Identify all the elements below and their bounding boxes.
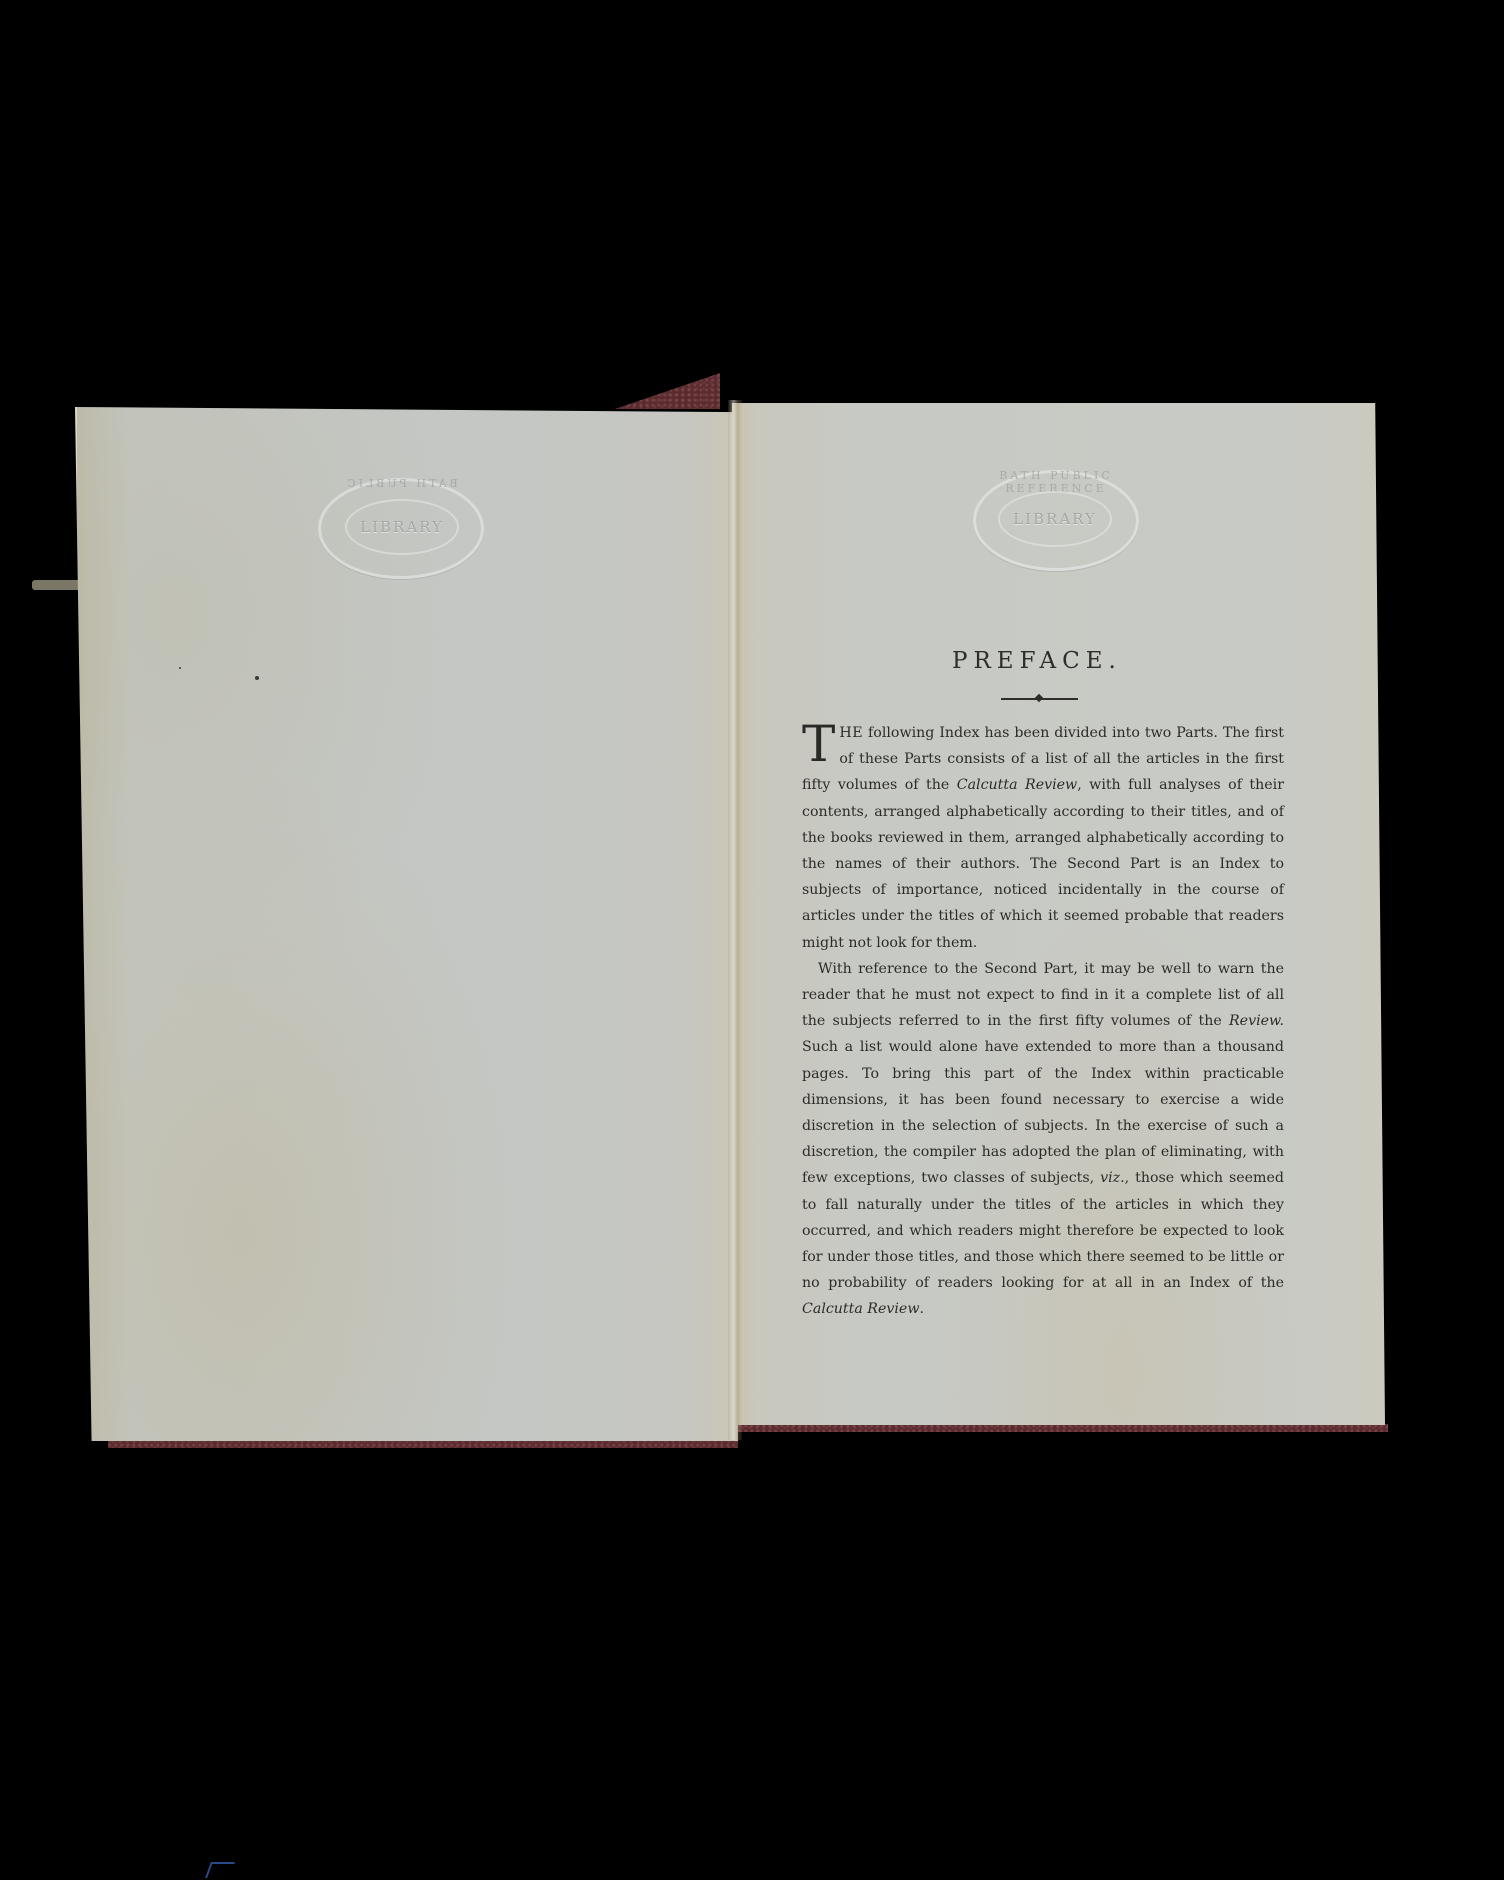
text-segment: .: [919, 1301, 924, 1317]
text-segment: , with full analyses of their contents, …: [802, 777, 1284, 950]
paragraph-1: THE following Index has been divided int…: [802, 720, 1284, 956]
ornamental-rule: [1001, 698, 1078, 700]
preface-body: THE following Index has been divided int…: [802, 720, 1284, 1323]
stamp-center-text: LIBRARY: [345, 499, 459, 555]
embossed-library-stamp-left: BATH PUBLIC LIBRARY: [318, 478, 484, 579]
book-cover-top-edge: [615, 373, 720, 409]
paper-spot: [255, 676, 259, 680]
stray-mark: [205, 1862, 235, 1878]
italic-title: Calcutta Review: [802, 1301, 919, 1317]
book-cover-bottom-edge-right: [738, 1424, 1388, 1432]
paragraph-2: With reference to the Second Part, it ma…: [802, 956, 1284, 1323]
italic-abbrev: viz.: [1100, 1170, 1125, 1186]
bookmark-ribbon: [32, 580, 78, 590]
stamp-center-text: LIBRARY: [998, 491, 1112, 547]
text-segment: , those which seemed to fall naturally u…: [802, 1170, 1284, 1291]
stamp-ring-text: BATH PUBLIC: [321, 477, 481, 490]
drop-cap: T: [802, 724, 835, 764]
book-spine-gutter: [728, 400, 742, 1440]
page-title: PREFACE.: [952, 648, 1122, 674]
paper-spot: [179, 667, 181, 669]
italic-title: Review.: [1229, 1013, 1284, 1029]
text-segment: Such a list would alone have extended to…: [802, 1039, 1284, 1186]
embossed-library-stamp-right: BATH PUBLIC REFERENCE LIBRARY: [973, 470, 1139, 571]
italic-title: Calcutta Review: [957, 777, 1077, 793]
text-segment: With reference to the Second Part, it ma…: [802, 961, 1284, 1029]
lead-in: HE: [839, 725, 863, 741]
